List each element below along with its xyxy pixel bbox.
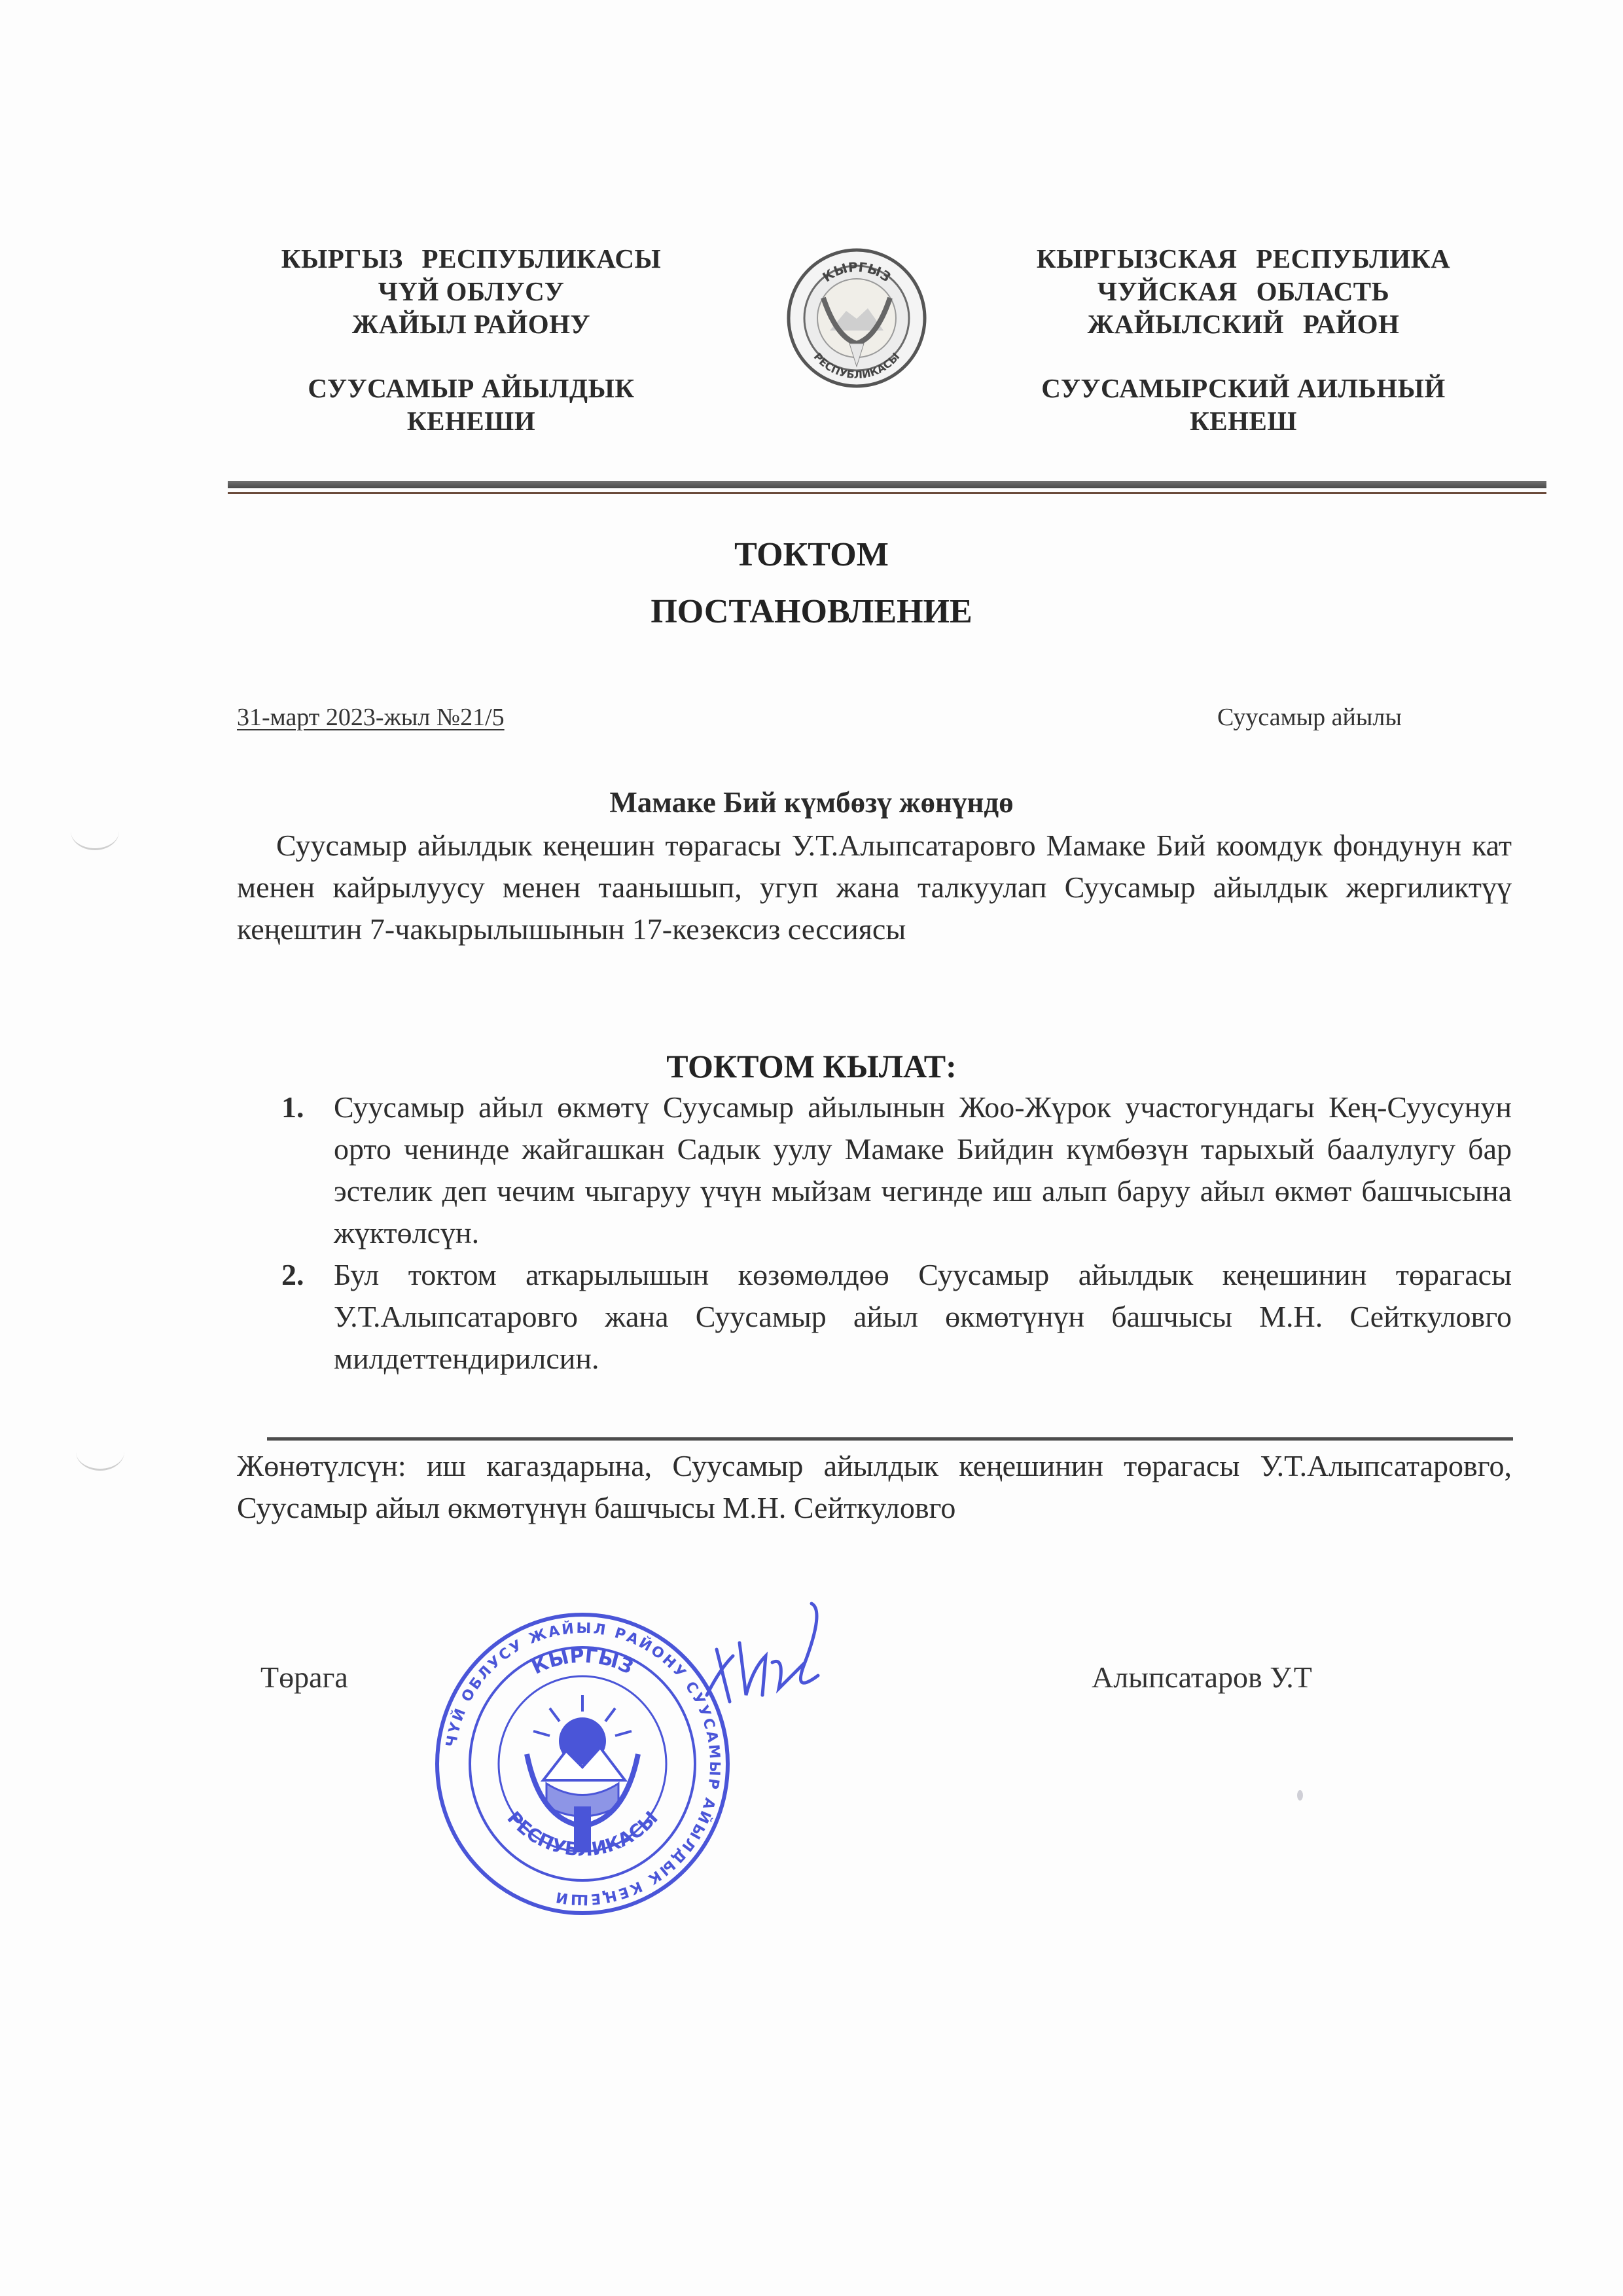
scan-speck [1297, 1790, 1303, 1801]
svg-text:КЫРГЫЗ: КЫРГЫЗ [528, 1645, 637, 1679]
header-country-ru: КЫРГЫЗСКАЯ РЕСПУБЛИКА [995, 242, 1492, 275]
punch-hole-mark [71, 831, 119, 850]
item-number: 1. [281, 1086, 304, 1128]
document-preamble: Суусамыр айылдык кеңешин төрагасы У.Т.Ал… [237, 825, 1512, 950]
header-council-ky: СУУСАМЫР АЙЫЛДЫК [242, 372, 700, 404]
state-emblem-icon: КЫРГЫЗ РЕСПУБЛИКАСЫ [784, 245, 929, 391]
header-region-ky: ЧҮЙ ОБЛУСУ [242, 275, 700, 308]
resolution-item: 2. Бул токтом аткарылышын көзөмөлдөө Суу… [262, 1254, 1512, 1380]
official-seal-icon: ЧҮЙ ОБЛУСУ ЖАЙЫЛ РАЙОНУ СУУСАМЫР АЙЫЛДЫК… [429, 1610, 736, 1918]
header-russian: КЫРГЫЗСКАЯ РЕСПУБЛИКА ЧУЙСКАЯ ОБЛАСТЬ ЖА… [995, 242, 1492, 437]
header-divider-thick [228, 481, 1546, 488]
distribution-list: Жөнөтүлсүн: иш кагаздарына, Суусамыр айы… [237, 1445, 1512, 1529]
signatory-role: Төрага [260, 1660, 348, 1695]
item-number: 2. [281, 1254, 304, 1296]
resolution-items: 1. Суусамыр айыл өкмөтү Суусамыр айылыны… [262, 1086, 1512, 1380]
header-district-ky: ЖАЙЫЛ РАЙОНУ [242, 308, 700, 340]
signatory-name: Алыпсатаров У.Т [1092, 1660, 1312, 1695]
handwritten-signature-icon [694, 1597, 838, 1715]
header-kyrgyz: КЫРГЫЗ РЕСПУБЛИКАСЫ ЧҮЙ ОБЛУСУ ЖАЙЫЛ РАЙ… [242, 242, 700, 437]
item-text: Бул токтом аткарылышын көзөмөлдөө Суусам… [334, 1258, 1512, 1375]
header-council-ru: СУУСАМЫРСКИЙ АИЛЬНЫЙ [995, 372, 1492, 404]
document-title-ky: ТОКТОМ [0, 535, 1623, 574]
header-region-ru: ЧУЙСКАЯ ОБЛАСТЬ [995, 275, 1492, 308]
document-place: Суусамыр айылы [1217, 703, 1402, 732]
header-divider-thin [228, 492, 1546, 494]
resolution-heading: ТОКТОМ КЫЛАТ: [0, 1047, 1623, 1085]
punch-hole-mark [76, 1452, 124, 1471]
resolution-item: 1. Суусамыр айыл өкмөтү Суусамыр айылыны… [262, 1086, 1512, 1254]
distribution-divider [267, 1437, 1513, 1441]
header-country-ky: КЫРГЫЗ РЕСПУБЛИКАСЫ [242, 242, 700, 275]
header-council-ky-2: КЕНЕШИ [242, 404, 700, 437]
document-subject: Мамаке Бий күмбөзү жөнүндө [0, 785, 1623, 819]
document-date-number: 31-март 2023-жыл №21/5 [237, 703, 505, 732]
item-text: Суусамыр айыл өкмөтү Суусамыр айылынын Ж… [334, 1090, 1512, 1249]
document-title-ru: ПОСТАНОВЛЕНИЕ [0, 592, 1623, 631]
header-council-ru-2: КЕНЕШ [995, 404, 1492, 437]
header-district-ru: ЖАЙЫЛСКИЙ РАЙОН [995, 308, 1492, 340]
